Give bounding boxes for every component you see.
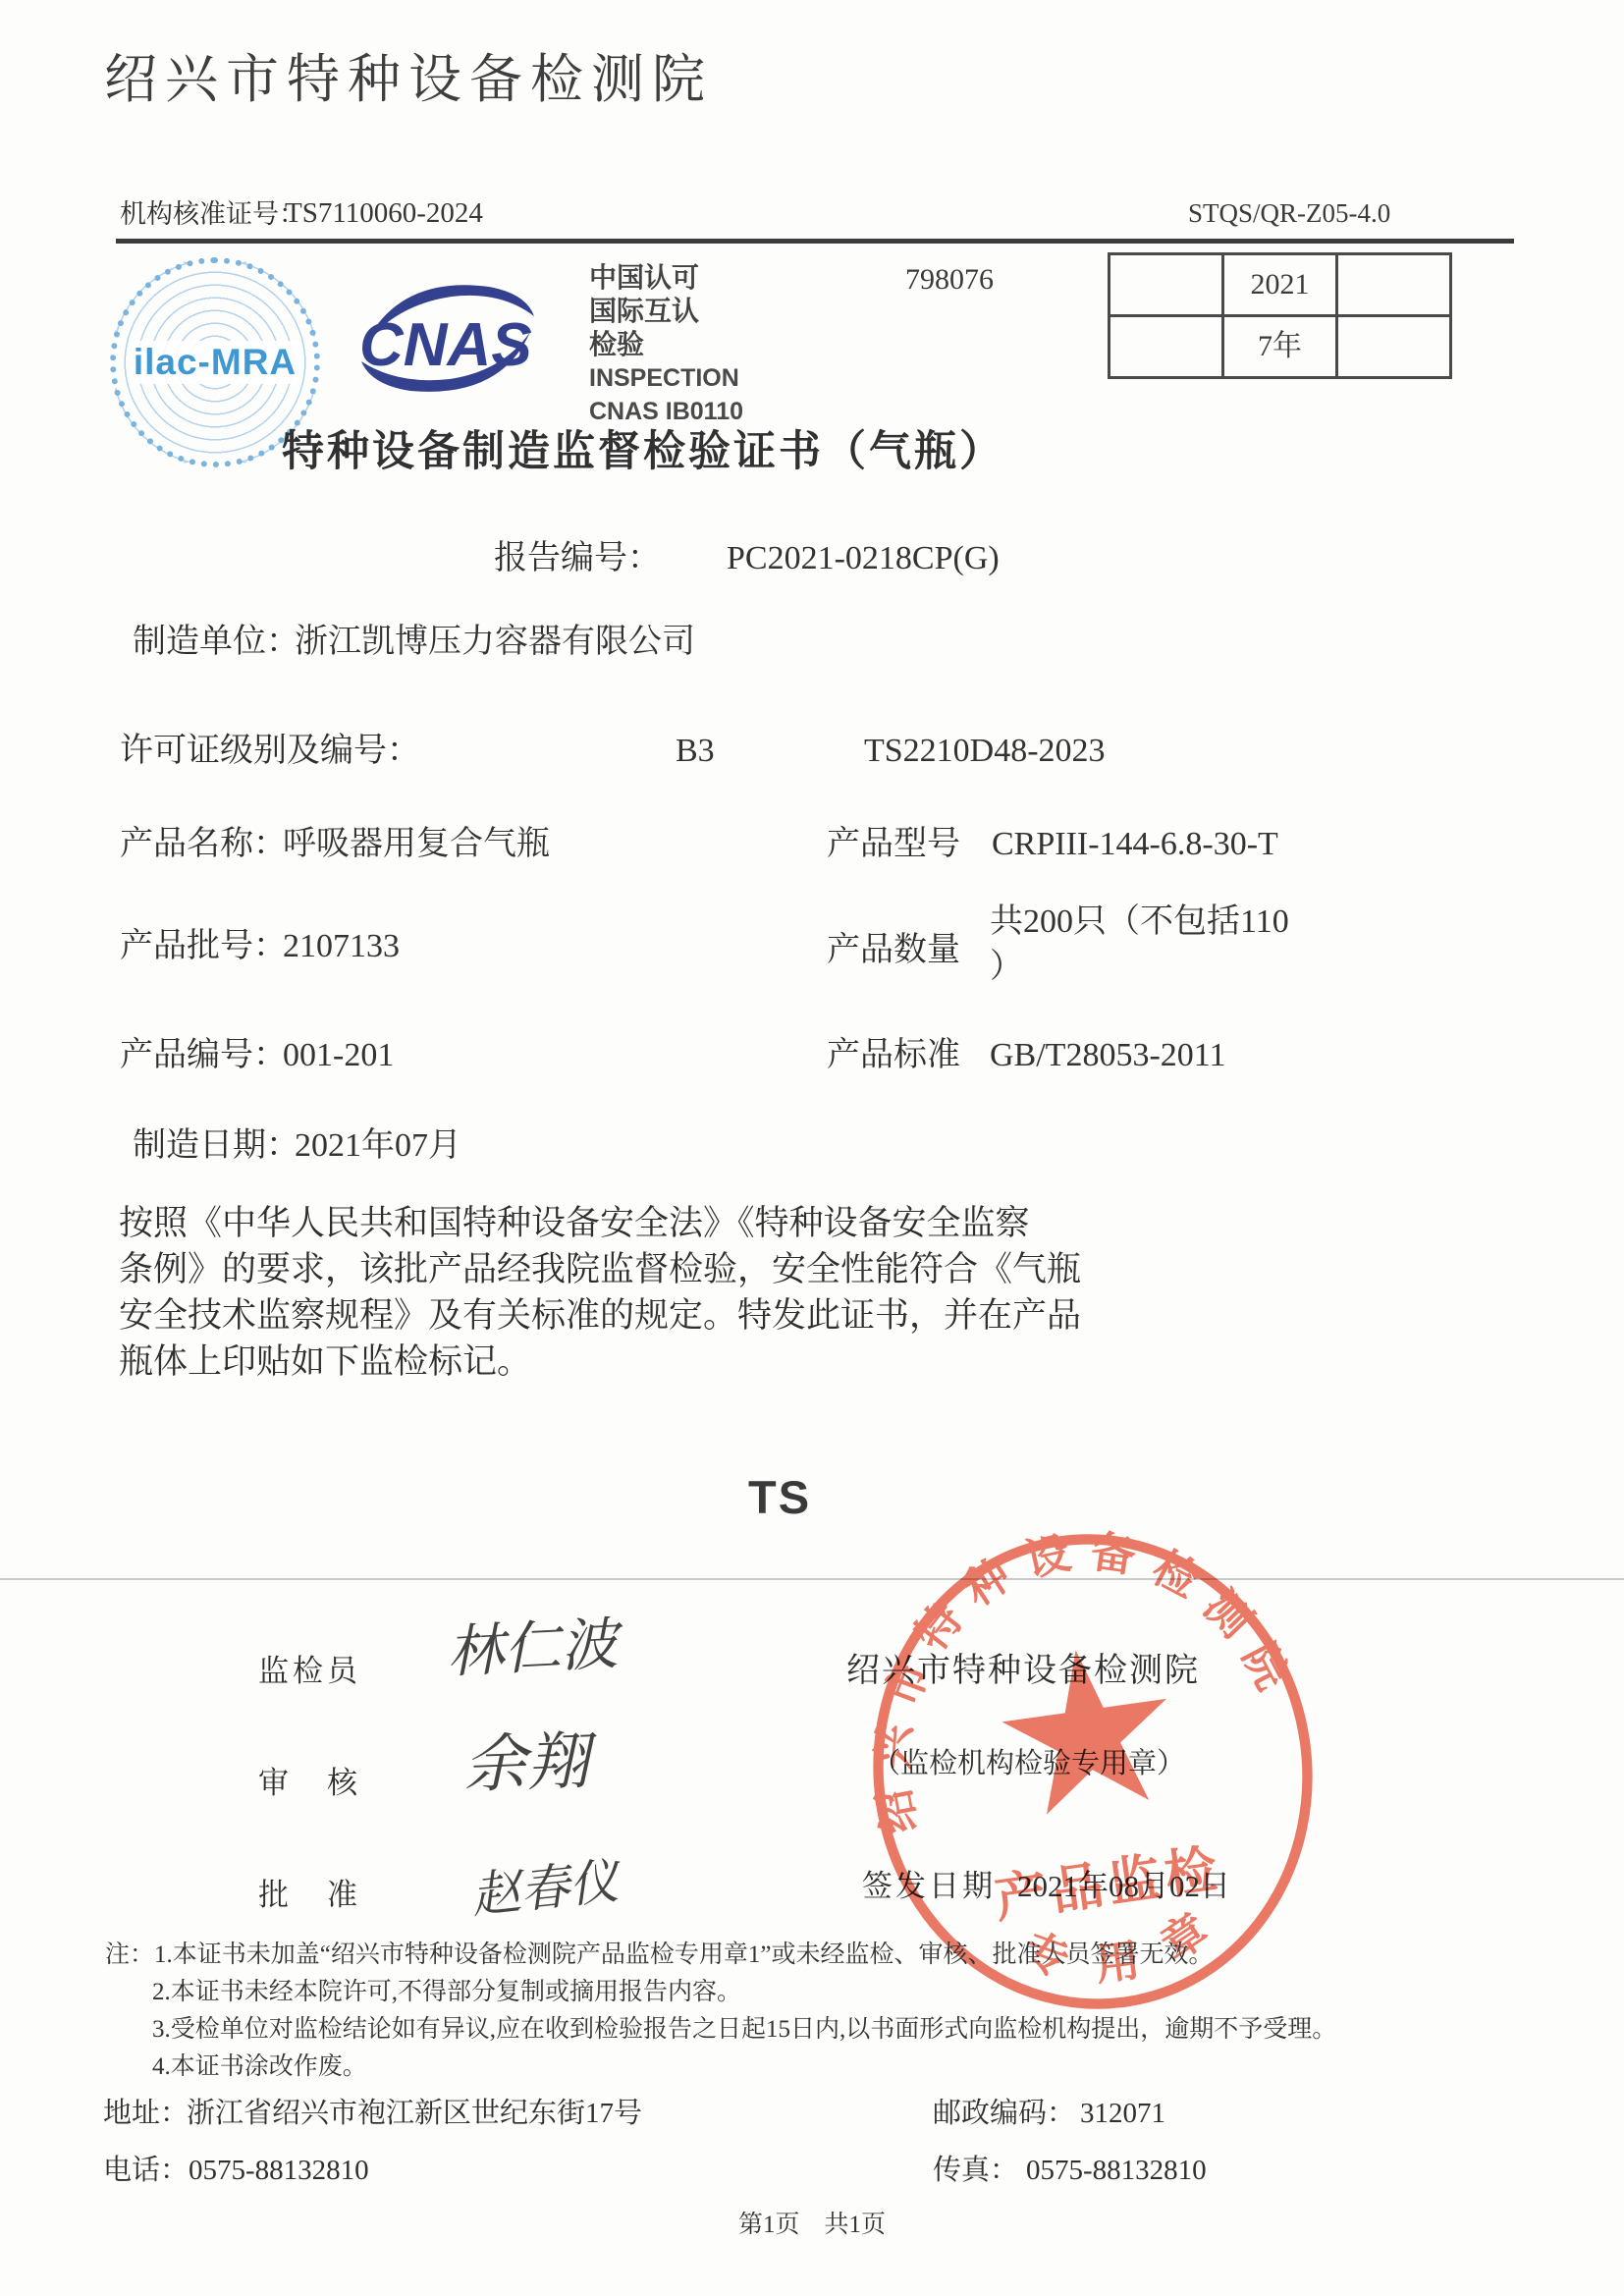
- year-table-cell: [1110, 254, 1223, 316]
- address-value: 浙江省绍兴市袍江新区世纪东街17号: [187, 2098, 642, 2130]
- statement-line: 按照《中华人民共和国特种设备安全法》《特种设备安全监察: [119, 1200, 1081, 1246]
- standard-label: 产品标准: [827, 1036, 960, 1074]
- product-name-value: 呼吸器用复合气瓶: [283, 825, 550, 863]
- inspector-signature: 林仁波: [445, 1611, 619, 1685]
- ts-supervision-mark: TS: [748, 1471, 811, 1524]
- manufacturer-value: 浙江凯博压力容器有限公司: [295, 623, 695, 661]
- cnas-logo-text: CNAS: [359, 311, 532, 379]
- cnas-caption-line: 国际互认: [589, 295, 743, 328]
- approval-number-value: TS7110060-2024: [285, 197, 483, 230]
- year-table-cell: [1337, 254, 1451, 316]
- cnas-logo: CNAS: [344, 267, 552, 412]
- approver-label: 批 准: [258, 1878, 361, 1913]
- year-table-cell: [1110, 316, 1223, 378]
- inspector-label: 监检员: [258, 1654, 361, 1689]
- license-number: TS2210D48-2023: [864, 732, 1106, 770]
- standard-value: GB/T28053-2011: [990, 1036, 1226, 1074]
- quantity-label: 产品数量: [827, 931, 960, 969]
- statement-paragraph: 按照《中华人民共和国特种设备安全法》《特种设备安全监察 条例》的要求，该批产品经…: [119, 1200, 1081, 1385]
- batch-number-label: 产品批号：: [120, 927, 287, 965]
- header-divider: [116, 239, 1514, 244]
- report-number-value: PC2021-0218CP(G): [727, 539, 1000, 577]
- product-serial-value: 001-201: [283, 1036, 394, 1074]
- address-label: 地址：: [103, 2098, 189, 2130]
- note-item: 4.本证书涂改作废。: [105, 2049, 1336, 2086]
- product-name-label: 产品名称：: [120, 825, 287, 863]
- ilac-mra-logo-text: ilac-MRA: [131, 341, 299, 385]
- license-level: B3: [676, 732, 715, 770]
- product-serial-label: 产品编号：: [120, 1036, 287, 1074]
- section-divider: [0, 1578, 1624, 1580]
- postal-value: 312071: [1080, 2098, 1165, 2130]
- year-table-row: 2021: [1110, 254, 1451, 316]
- year-table-cell: 2021: [1223, 254, 1337, 316]
- reviewer-signature: 余翔: [462, 1726, 590, 1803]
- cnas-caption-line: INSPECTION: [589, 361, 743, 395]
- reviewer-label: 审 核: [258, 1766, 361, 1801]
- cnas-caption-line: 检验: [589, 328, 743, 361]
- postal-label: 邮政编码：: [933, 2098, 1075, 2130]
- year-table-cell: [1337, 316, 1451, 378]
- report-number-label: 报告编号：: [494, 539, 661, 577]
- manufacturer-label: 制造单位：: [133, 623, 299, 661]
- mfg-date-label: 制造日期：: [133, 1126, 299, 1165]
- quantity-value: 共200只（不包括110 ）: [990, 900, 1289, 990]
- page-number: 第1页 共1页: [0, 2212, 1624, 2240]
- approver-signature: 赵春仪: [468, 1853, 621, 1925]
- statement-line: 安全技术监察规程》及有关标准的规定。特发此证书，并在产品: [119, 1292, 1081, 1339]
- product-model-label: 产品型号: [827, 825, 960, 863]
- cnas-caption-line: CNAS IB0110: [589, 395, 743, 428]
- year-table-cell: 7年: [1223, 316, 1337, 378]
- fax-value: 0575-88132810: [1026, 2155, 1207, 2187]
- batch-number-value: 2107133: [283, 927, 400, 965]
- star-icon: [994, 1638, 1180, 1819]
- note-item: 3.受检单位对监检结论如有异议,应在收到检验报告之日起15日内,以书面形式向监检…: [105, 2011, 1336, 2049]
- serial-number: 798076: [905, 263, 994, 298]
- approval-number-label: 机构核准证号：: [120, 199, 305, 230]
- statement-line: 条例》的要求，该批产品经我院监督检验，安全性能符合《气瓶: [119, 1246, 1081, 1292]
- product-model-value: CRPIII-144-6.8-30-T: [992, 825, 1278, 863]
- note-item: 2.本证书未经本院许可,不得部分复制或摘用报告内容。: [105, 1974, 1336, 2011]
- institute-header-title: 绍兴市特种设备检测院: [104, 49, 713, 110]
- note-item: 1.本证书未加盖“绍兴市特种设备检测院产品监检专用章1”或未经监检、审核、批准人…: [154, 1941, 1213, 1968]
- mfg-date-value: 2021年07月: [295, 1126, 461, 1165]
- notes-block: 注：1.本证书未加盖“绍兴市特种设备检测院产品监检专用章1”或未经监检、审核、批…: [105, 1937, 1336, 2086]
- phone-label: 电话：: [103, 2155, 189, 2187]
- year-table-row: 7年: [1110, 316, 1451, 378]
- cnas-caption: 中国认可 国际互认 检验 INSPECTION CNAS IB0110: [589, 261, 743, 428]
- certificate-page: 绍兴市特种设备检测院 机构核准证号： TS7110060-2024 STQS/Q…: [0, 0, 1624, 2296]
- notes-prefix: 注：: [105, 1941, 154, 1968]
- statement-line: 瓶体上印贴如下监检标记。: [119, 1339, 1081, 1385]
- fax-label: 传真：: [933, 2155, 1018, 2187]
- document-code: STQS/QR-Z05-4.0: [1188, 198, 1390, 229]
- license-label: 许可证级别及编号：: [120, 732, 420, 770]
- phone-value: 0575-88132810: [189, 2155, 369, 2187]
- certificate-title: 特种设备制造监督检验证书（气瓶）: [282, 428, 1004, 476]
- cnas-caption-line: 中国认可: [589, 261, 743, 295]
- year-table: 2021 7年: [1108, 252, 1452, 379]
